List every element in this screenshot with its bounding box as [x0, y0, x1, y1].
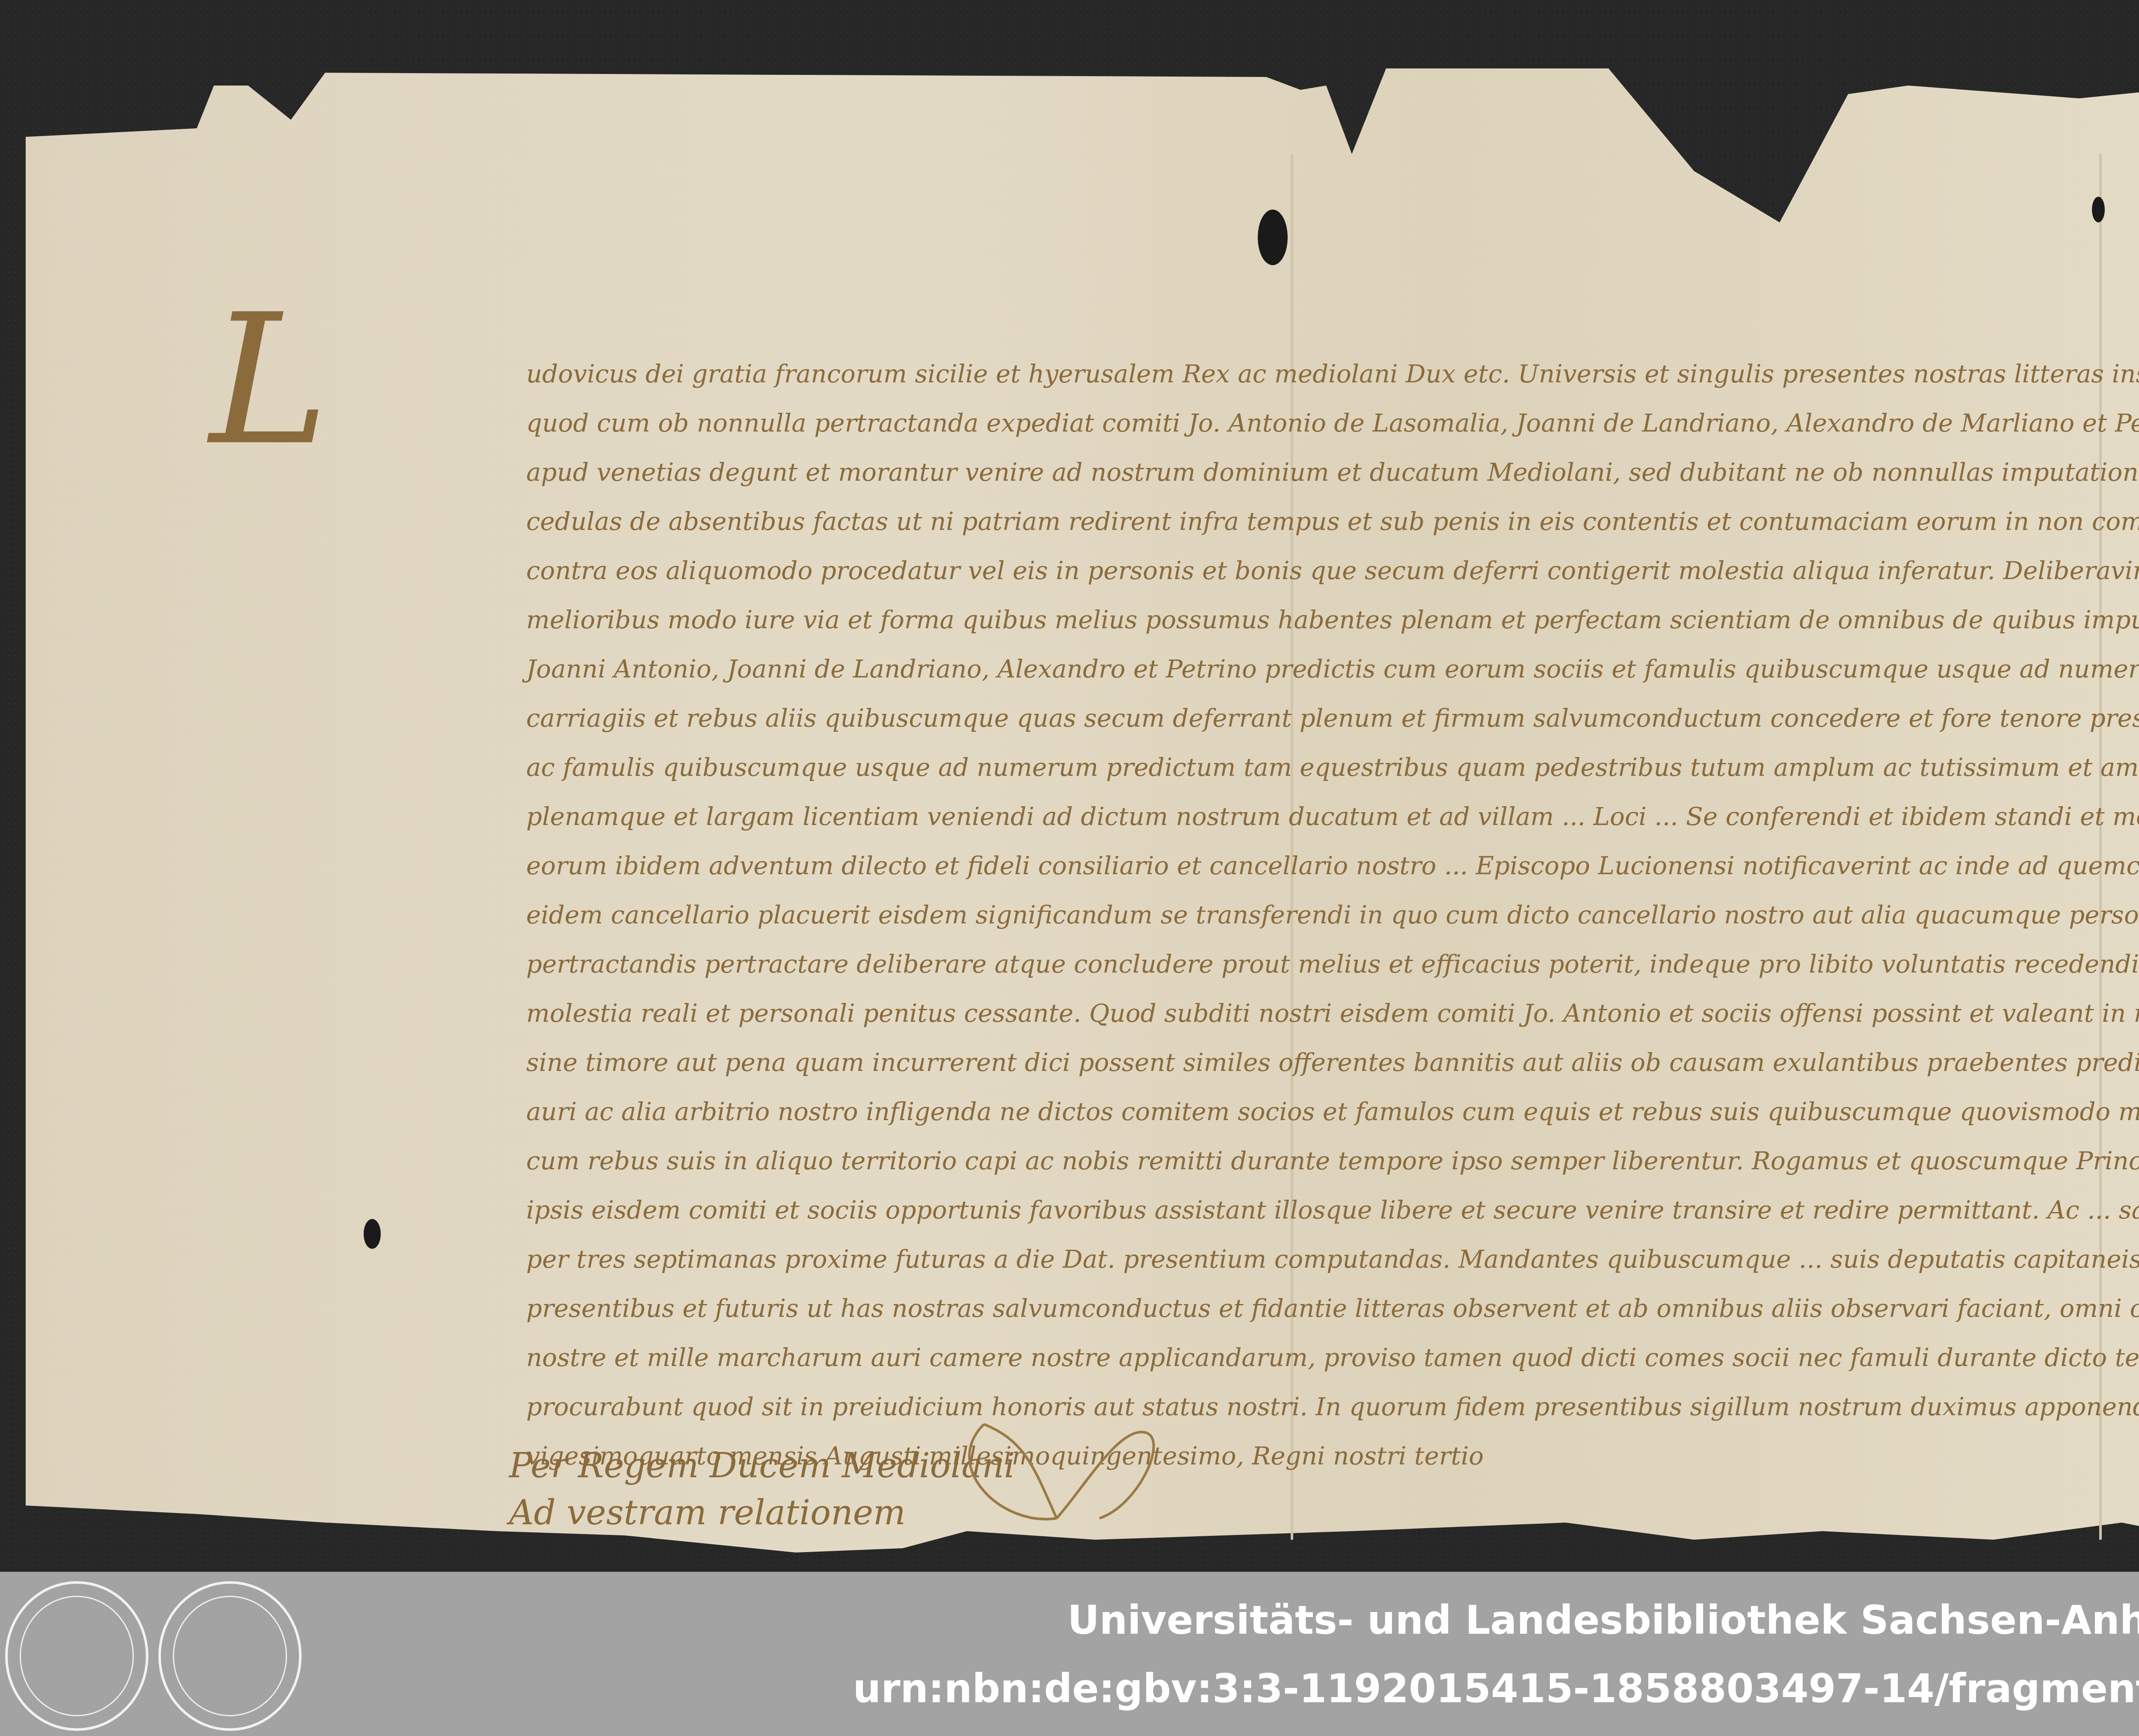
parchment-hole — [2092, 197, 2105, 222]
text-line: Joanni Antonio, Joanni de Landriano, Ale… — [526, 654, 2139, 683]
signature-flourish-icon — [958, 1407, 1172, 1535]
text-line: molestia reali et personali penitus cess… — [526, 999, 2139, 1028]
parchment-hole — [1258, 210, 1288, 265]
institution-name: Universitäts- und Landesbibliothek Sachs… — [0, 1597, 2139, 1643]
urn-identifier[interactable]: urn:nbn:de:gbv:3:3-1192015415-1858803497… — [0, 1666, 2139, 1712]
text-line: quod cum ob nonnulla pertractanda expedi… — [526, 408, 2139, 438]
text-line: contra eos aliquomodo procedatur vel eis… — [526, 556, 2139, 585]
text-line: presentibus et futuris ut has nostras sa… — [526, 1294, 2139, 1323]
parchment-hole — [364, 1219, 381, 1249]
text-line: pertractandis pertractare deliberare atq… — [526, 949, 2139, 979]
subscription-line: Per Regem Ducem Mediolani — [509, 1446, 1015, 1485]
text-line: sine timore aut pena quam incurrerent di… — [526, 1048, 2139, 1077]
text-line: melioribus modo iure via et forma quibus… — [526, 605, 2139, 634]
text-line: apud venetias degunt et morantur venire … — [526, 458, 2139, 487]
decorated-initial: L — [210, 291, 329, 470]
subscription-line: Ad vestram relationem — [509, 1493, 906, 1532]
footer-bar: Universitäts- und Landesbibliothek Sachs… — [0, 1572, 2139, 1736]
text-line: cum rebus suis in aliquo territorio capi… — [526, 1146, 2139, 1175]
text-line: carriagiis et rebus aliis quibuscumque q… — [526, 704, 2139, 733]
parchment-charter: 1500. Universitäts- u. Landesbibliothek … — [26, 68, 2139, 1557]
text-line: procurabunt quod sit in preiudicium hono… — [526, 1392, 2139, 1421]
text-line: eidem cancellario placuerit eisdem signi… — [526, 900, 2139, 929]
text-line: ac famulis quibuscumque usque ad numerum… — [526, 753, 2139, 782]
text-line: eorum ibidem adventum dilecto et fideli … — [526, 851, 2139, 880]
text-line: nostre et mille marcharum auri camere no… — [526, 1343, 2139, 1372]
text-line: auri ac alia arbitrio nostro infligenda … — [526, 1097, 2139, 1126]
text-line: ipsis eisdem comiti et sociis opportunis… — [526, 1195, 2139, 1224]
text-line: plenamque et largam licentiam veniendi a… — [526, 802, 2139, 831]
text-line: udovicus dei gratia francorum sicilie et… — [526, 359, 2139, 388]
text-line: cedulas de absentibus factas ut ni patri… — [526, 507, 2139, 536]
text-line: per tres septimanas proxime futuras a di… — [526, 1245, 2139, 1274]
